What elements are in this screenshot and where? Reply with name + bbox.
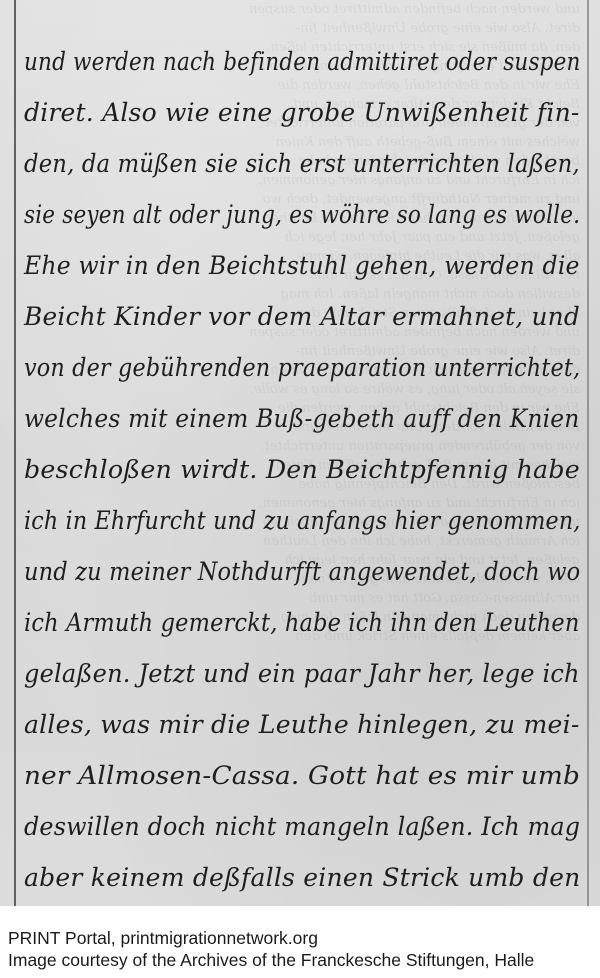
- manuscript-line: alles, was mir die Leuthe hinlegen, zu m…: [24, 691, 580, 739]
- manuscript-line: von der gebührenden praeparation unterri…: [24, 334, 580, 382]
- image-caption: PRINT Portal, printmigrationnetwork.org …: [8, 927, 534, 971]
- manuscript-line: Ehe wir in den Beichtstuhl gehen, werden…: [24, 232, 580, 280]
- manuscript-line: Beicht Kinder vor dem Altar ermahnet, un…: [24, 283, 580, 331]
- manuscript-line: deswillen doch nicht mangeln laßen. Ich …: [24, 793, 580, 841]
- manuscript-line: gelaßen. Jetzt und ein paar Jahr her, le…: [24, 640, 580, 688]
- right-margin-rule: [587, 0, 589, 906]
- caption-source: PRINT Portal, printmigrationnetwork.org: [8, 927, 534, 949]
- manuscript-scan: und werden nach befinden admittiret oder…: [0, 0, 600, 906]
- manuscript-line: welches mit einem Buß-gebeth auff den Kn…: [24, 385, 580, 433]
- manuscript-line: ner Allmosen-Cassa. Gott hat es mir umb: [24, 742, 580, 790]
- left-margin-rule: [14, 0, 16, 906]
- manuscript-line: beschloßen wirdt. Den Beichtpfennig habe: [24, 436, 580, 484]
- manuscript-line: und zu meiner Nothdurfft angewendet, doc…: [24, 538, 580, 586]
- manuscript-line: aber keinem deßfalls einen Strick umb de…: [24, 844, 580, 892]
- manuscript-line: ich in Ehrfurcht und zu anfangs hier gen…: [24, 487, 581, 535]
- caption-credit: Image courtesy of the Archives of the Fr…: [8, 949, 534, 971]
- manuscript-line: und werden nach befinden admittiret oder…: [24, 28, 581, 76]
- manuscript-line: sie seyen alt oder jung, es wöhre so lan…: [24, 181, 580, 229]
- manuscript-line: diret. Also wie eine grobe Unwißenheit f…: [24, 79, 580, 127]
- manuscript-line: ich Armuth gemerckt, habe ich ihn den Le…: [24, 589, 580, 637]
- manuscript-line: den, da müßen sie sich erst unterrichten…: [24, 130, 580, 178]
